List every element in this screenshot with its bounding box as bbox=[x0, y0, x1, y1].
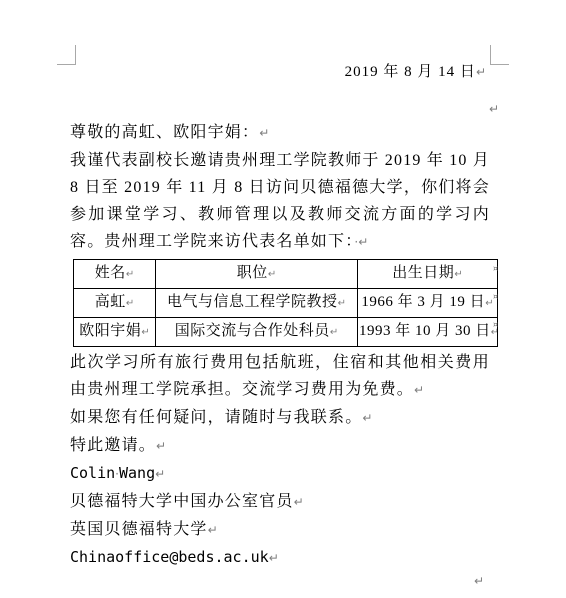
paragraph-mark-icon: ↵ bbox=[268, 269, 276, 280]
paragraph-mark-icon: ↵ bbox=[294, 495, 304, 509]
cell-position: 电气与信息工程学院教授↵ bbox=[156, 289, 358, 318]
text-boundary-mark-top-right bbox=[490, 45, 509, 65]
signature-last-name: Wang bbox=[119, 464, 155, 482]
cell-text: 电气与信息工程学院教授 bbox=[167, 294, 338, 310]
signature-first-name: Colin bbox=[70, 464, 115, 482]
expenses-text: 此次学习所有旅行费用包括航班，住宿和其他相关费用由贵州理工学院承担。交流学习费用… bbox=[70, 354, 490, 398]
paragraph-mark-icon: ↵ bbox=[269, 551, 279, 565]
contact-paragraph: 如果您有任何疑问，请随时与我联系。↵ bbox=[70, 404, 490, 432]
date-line: 2019 年 8 月 14 日↵ bbox=[70, 61, 486, 83]
cell-name: 高虹↵ bbox=[74, 289, 156, 318]
row-end-mark-icon: ¤ bbox=[493, 320, 498, 329]
header-birthdate-text: 出生日期 bbox=[392, 265, 454, 281]
cell-name: 欧阳宇娟↵ bbox=[74, 318, 156, 347]
paragraph-mark-icon: ↵ bbox=[330, 327, 338, 338]
cell-text: 国际交流与合作处科员 bbox=[175, 323, 330, 339]
cell-position: 国际交流与合作处科员↵ bbox=[156, 318, 358, 347]
header-name-text: 姓名 bbox=[95, 265, 126, 281]
signature-email-line: Chinaoffice@beds.ac.uk↵ bbox=[70, 544, 490, 572]
header-cell-name: 姓名↵ bbox=[74, 260, 156, 289]
row-end-mark-icon: ¤ bbox=[493, 264, 498, 273]
signature-email-text: Chinaoffice@beds.ac.uk bbox=[70, 548, 269, 566]
letter-body: 尊敬的高虹、欧阳宇娟：↵ 我谨代表副校长邀请贵州理工学院教师于 2019 年 1… bbox=[70, 119, 490, 572]
closing-text: 特此邀请。 bbox=[70, 437, 156, 454]
signature-name-line: Colin·Wang↵ bbox=[70, 460, 490, 488]
paragraph-mark-icon: ↵ bbox=[155, 467, 165, 481]
header-position-text: 职位 bbox=[237, 265, 268, 281]
signature-org-text: 英国贝德福特大学 bbox=[70, 521, 208, 538]
invitation-paragraph: 我谨代表副校长邀请贵州理工学院教师于 2019 年 10 月 8 日至 2019… bbox=[70, 147, 490, 256]
salutation-text: 尊敬的高虹、欧阳宇娟： bbox=[70, 124, 259, 141]
table-row: 高虹↵ 电气与信息工程学院教授↵ 1966 年 3 月 19 日↵ bbox=[74, 289, 498, 318]
paragraph-mark-icon: ↵ bbox=[126, 298, 134, 309]
paragraph-mark-icon: ↵ bbox=[208, 523, 218, 537]
salutation-line: 尊敬的高虹、欧阳宇娟：↵ bbox=[70, 119, 490, 147]
expenses-paragraph: 此次学习所有旅行费用包括航班，住宿和其他相关费用由贵州理工学院承担。交流学习费用… bbox=[70, 349, 490, 404]
invitee-table: 姓名↵ 职位↵ 出生日期↵ 高虹↵ 电气与信息工程学院教授↵ 1966 年 3 … bbox=[73, 259, 498, 347]
cell-birthdate: 1993 年 10 月 30 日↵ bbox=[358, 318, 498, 347]
cell-text: 高虹 bbox=[95, 294, 126, 310]
date-text: 2019 年 8 月 14 日 bbox=[345, 64, 476, 80]
cell-text: 1993 年 10 月 30 日 bbox=[359, 323, 491, 339]
paragraph-mark-icon: ↵ bbox=[414, 383, 424, 397]
invitation-text: 我谨代表副校长邀请贵州理工学院教师于 2019 年 10 月 8 日至 2019… bbox=[70, 152, 490, 250]
paragraph-mark-icon: ↵ bbox=[358, 235, 368, 249]
final-paragraph-mark-icon: ↵ bbox=[474, 574, 484, 588]
closing-line: 特此邀请。↵ bbox=[70, 432, 490, 460]
header-cell-position: 职位↵ bbox=[156, 260, 358, 289]
row-end-mark-icon: ¤ bbox=[493, 292, 498, 301]
signature-title-line: 贝德福特大学中国办公室官员↵ bbox=[70, 488, 490, 516]
paragraph-mark-icon: ↵ bbox=[454, 269, 462, 280]
signature-title-text: 贝德福特大学中国办公室官员 bbox=[70, 493, 294, 510]
cell-text: 欧阳宇娟 bbox=[79, 323, 141, 339]
document-page[interactable]: 2019 年 8 月 14 日↵ ↵ 尊敬的高虹、欧阳宇娟：↵ 我谨代表副校长邀… bbox=[0, 0, 566, 598]
cell-birthdate: 1966 年 3 月 19 日↵ bbox=[358, 289, 498, 318]
paragraph-mark-icon: ↵ bbox=[338, 298, 346, 309]
paragraph-mark-icon: ↵ bbox=[362, 411, 372, 425]
paragraph-mark-icon: ↵ bbox=[141, 327, 149, 338]
paragraph-mark-icon: ↵ bbox=[476, 65, 486, 79]
header-cell-birthdate: 出生日期↵ bbox=[358, 260, 498, 289]
paragraph-mark-icon: ↵ bbox=[126, 269, 134, 280]
signature-org-line: 英国贝德福特大学↵ bbox=[70, 516, 490, 544]
empty-paragraph-mark-icon: ↵ bbox=[489, 102, 499, 116]
contact-text: 如果您有任何疑问，请随时与我联系。 bbox=[70, 409, 362, 426]
table-row: 欧阳宇娟↵ 国际交流与合作处科员↵ 1993 年 10 月 30 日↵ bbox=[74, 318, 498, 347]
cell-text: 1966 年 3 月 19 日 bbox=[361, 294, 485, 310]
paragraph-mark-icon: ↵ bbox=[156, 439, 166, 453]
table-header-row: 姓名↵ 职位↵ 出生日期↵ bbox=[74, 260, 498, 289]
paragraph-mark-icon: ↵ bbox=[259, 126, 269, 140]
